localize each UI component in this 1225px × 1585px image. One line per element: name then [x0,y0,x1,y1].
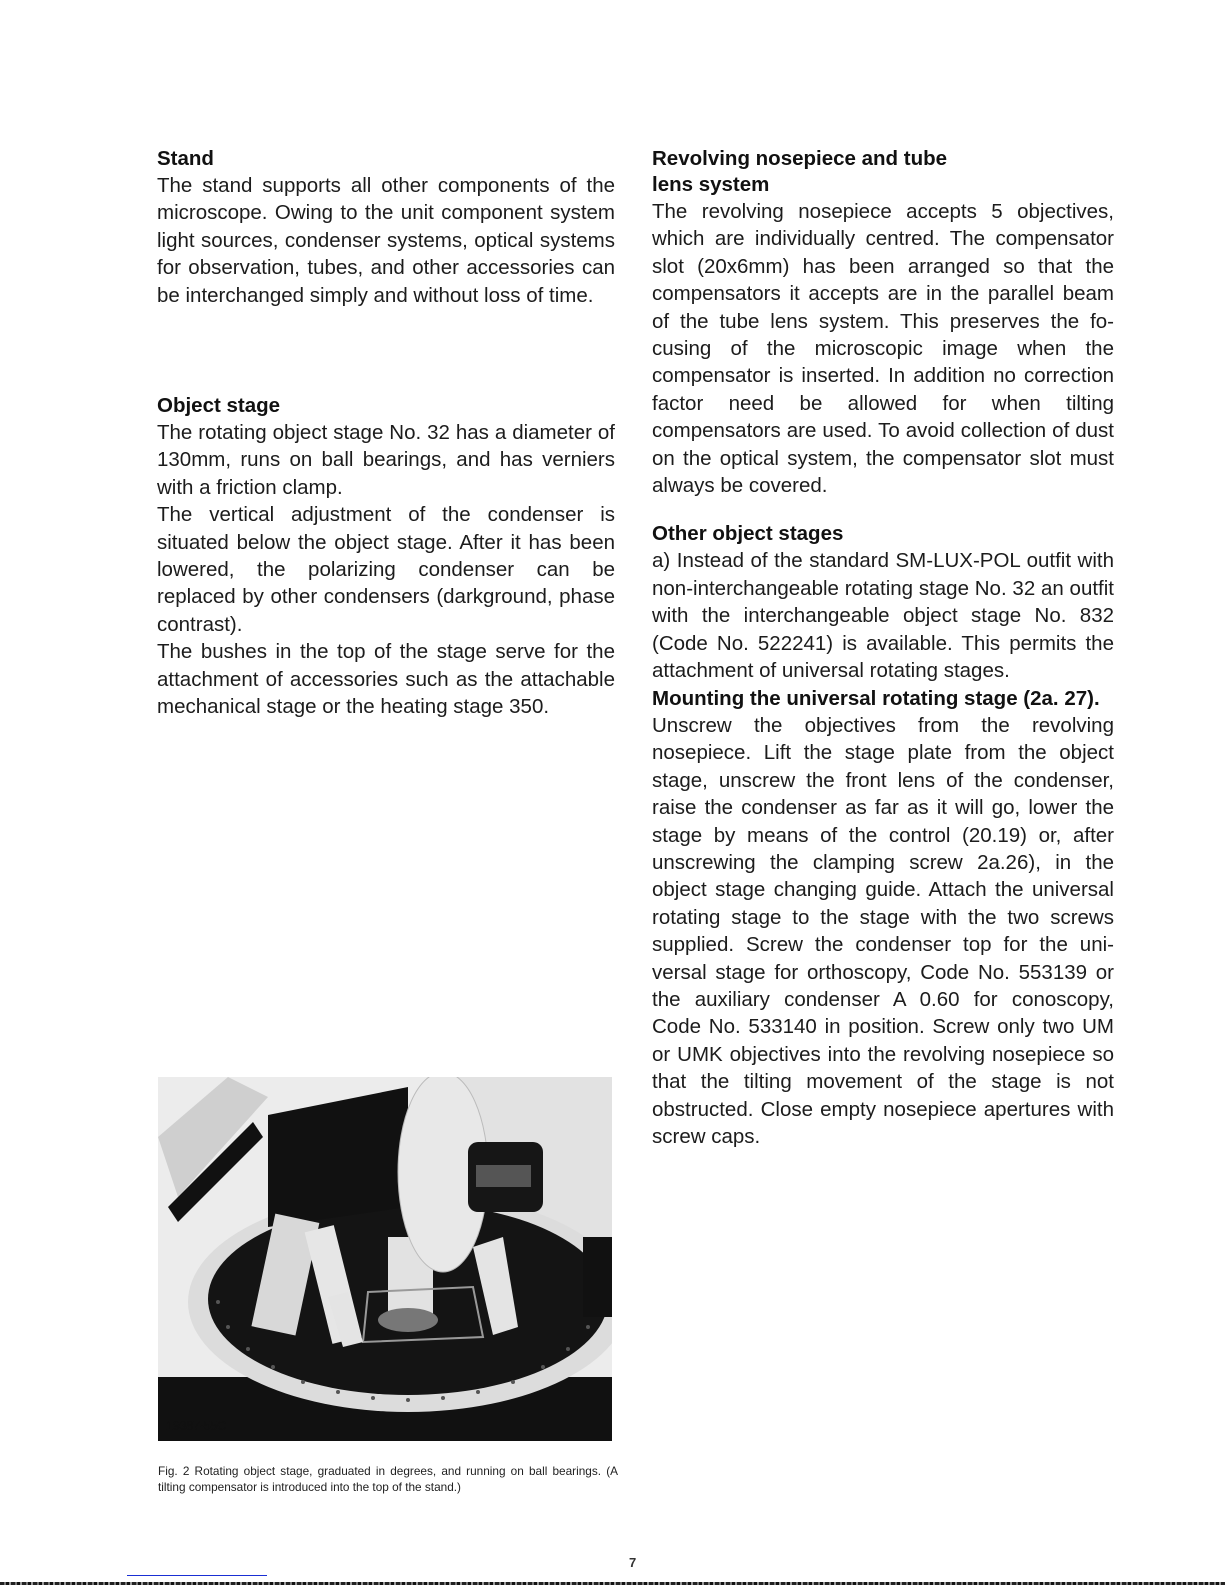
section-heading: Stand [157,146,615,172]
paragraph: Unscrew the objectives from the revolv­i… [652,712,1114,1151]
link-underline[interactable] [127,1575,267,1576]
paragraph: The vertical adjustment of the conden­se… [157,501,615,638]
right-column: Revolving nosepiece and tube lens system… [652,146,1114,1150]
spacer [157,309,615,393]
page-number: 7 [629,1555,636,1570]
section-heading: Object stage [157,393,615,419]
microscope-stage-photo: 19387-55C [158,1077,612,1441]
left-column: Stand The stand supports all other compo… [157,146,615,721]
paragraph: The rotating object stage No. 32 has a d… [157,419,615,501]
paragraph: a) Instead of the standard SM-LUX-POL ou… [652,547,1114,684]
paragraph: The bushes in the top of the stage serve… [157,638,615,720]
section-heading: Other object stages [652,521,1114,547]
paragraph: The revolving nosepiece accepts 5 ob­jec… [652,198,1114,499]
spacer [652,499,1114,521]
subsection-heading: Mounting the universal rotating stage (2… [652,685,1114,712]
paragraph: The stand supports all other compo­nents… [157,172,615,309]
section-revolving-nosepiece: Revolving nosepiece and tube lens system… [652,146,1114,499]
section-stand: Stand The stand supports all other compo… [157,146,615,309]
microscope-stage-illustration-icon [158,1077,612,1441]
section-heading: Revolving nosepiece and tube lens system [652,146,992,198]
section-other-object-stages: Other object stages a) Instead of the st… [652,521,1114,1150]
figure-caption: Fig. 2 Rotating object stage, graduated … [158,1463,618,1495]
photo-reference-number: 19387-55C [166,1418,226,1433]
section-object-stage: Object stage The rotating object stage N… [157,393,615,720]
